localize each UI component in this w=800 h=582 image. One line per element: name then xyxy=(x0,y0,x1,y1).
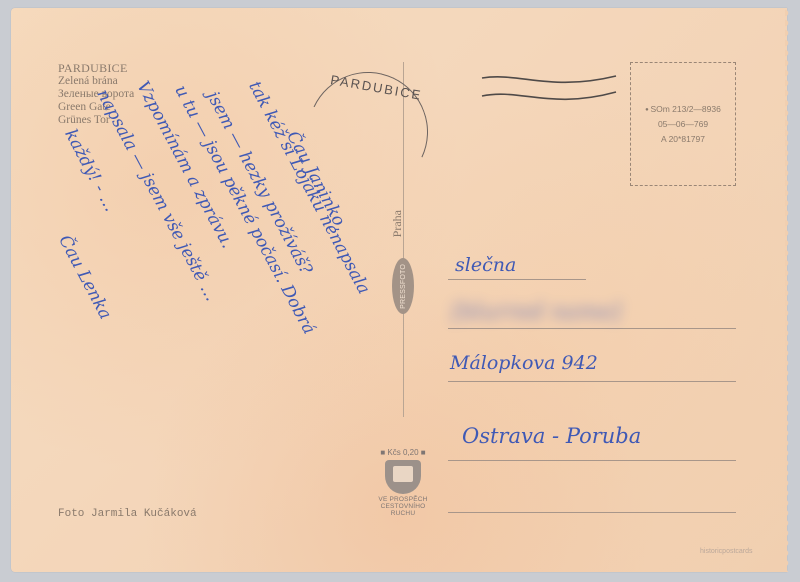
caption-line-cz: Zelená brána xyxy=(58,75,134,88)
address-salutation: slečna xyxy=(455,254,516,276)
castle-shield-icon xyxy=(385,460,421,494)
address-rule-1 xyxy=(448,279,586,280)
address-city: Ostrava - Poruba xyxy=(462,424,641,448)
address-name-blurred: [blurred name] xyxy=(452,300,621,325)
stamp-box: SOm 213/2—8936 05—06—769 A 20*81797 xyxy=(630,62,736,186)
stamp-date-code: 05—06—769 xyxy=(658,119,708,129)
stamp-serial: A 20*81797 xyxy=(661,134,705,144)
postage-indicia: ■ Kčs 0,20 ■ VE PROSPĚCH CESTOVNÍHO RUCH… xyxy=(372,448,434,512)
pressfoto-logo-icon: PRESSFOTO xyxy=(392,258,414,314)
address-rule-2 xyxy=(448,328,736,329)
watermark: historicpostcards xyxy=(700,548,753,555)
cancellation-waves-icon xyxy=(480,70,620,110)
publisher-city: Praha xyxy=(390,210,405,237)
stamp-code: SOm 213/2—8936 xyxy=(645,104,721,114)
indicia-slogan: VE PROSPĚCH CESTOVNÍHO RUCHU xyxy=(372,496,434,517)
photo-credit: Foto Jarmila Kučáková xyxy=(58,508,197,520)
pressfoto-logo-text: PRESSFOTO xyxy=(400,264,407,309)
address-street: Málopkova 942 xyxy=(450,352,598,374)
caption-title: PARDUBICE xyxy=(58,62,134,75)
address-rule-5 xyxy=(448,512,736,513)
address-rule-3 xyxy=(448,381,736,382)
indicia-value: ■ Kčs 0,20 ■ xyxy=(372,448,434,457)
address-rule-4 xyxy=(448,460,736,461)
